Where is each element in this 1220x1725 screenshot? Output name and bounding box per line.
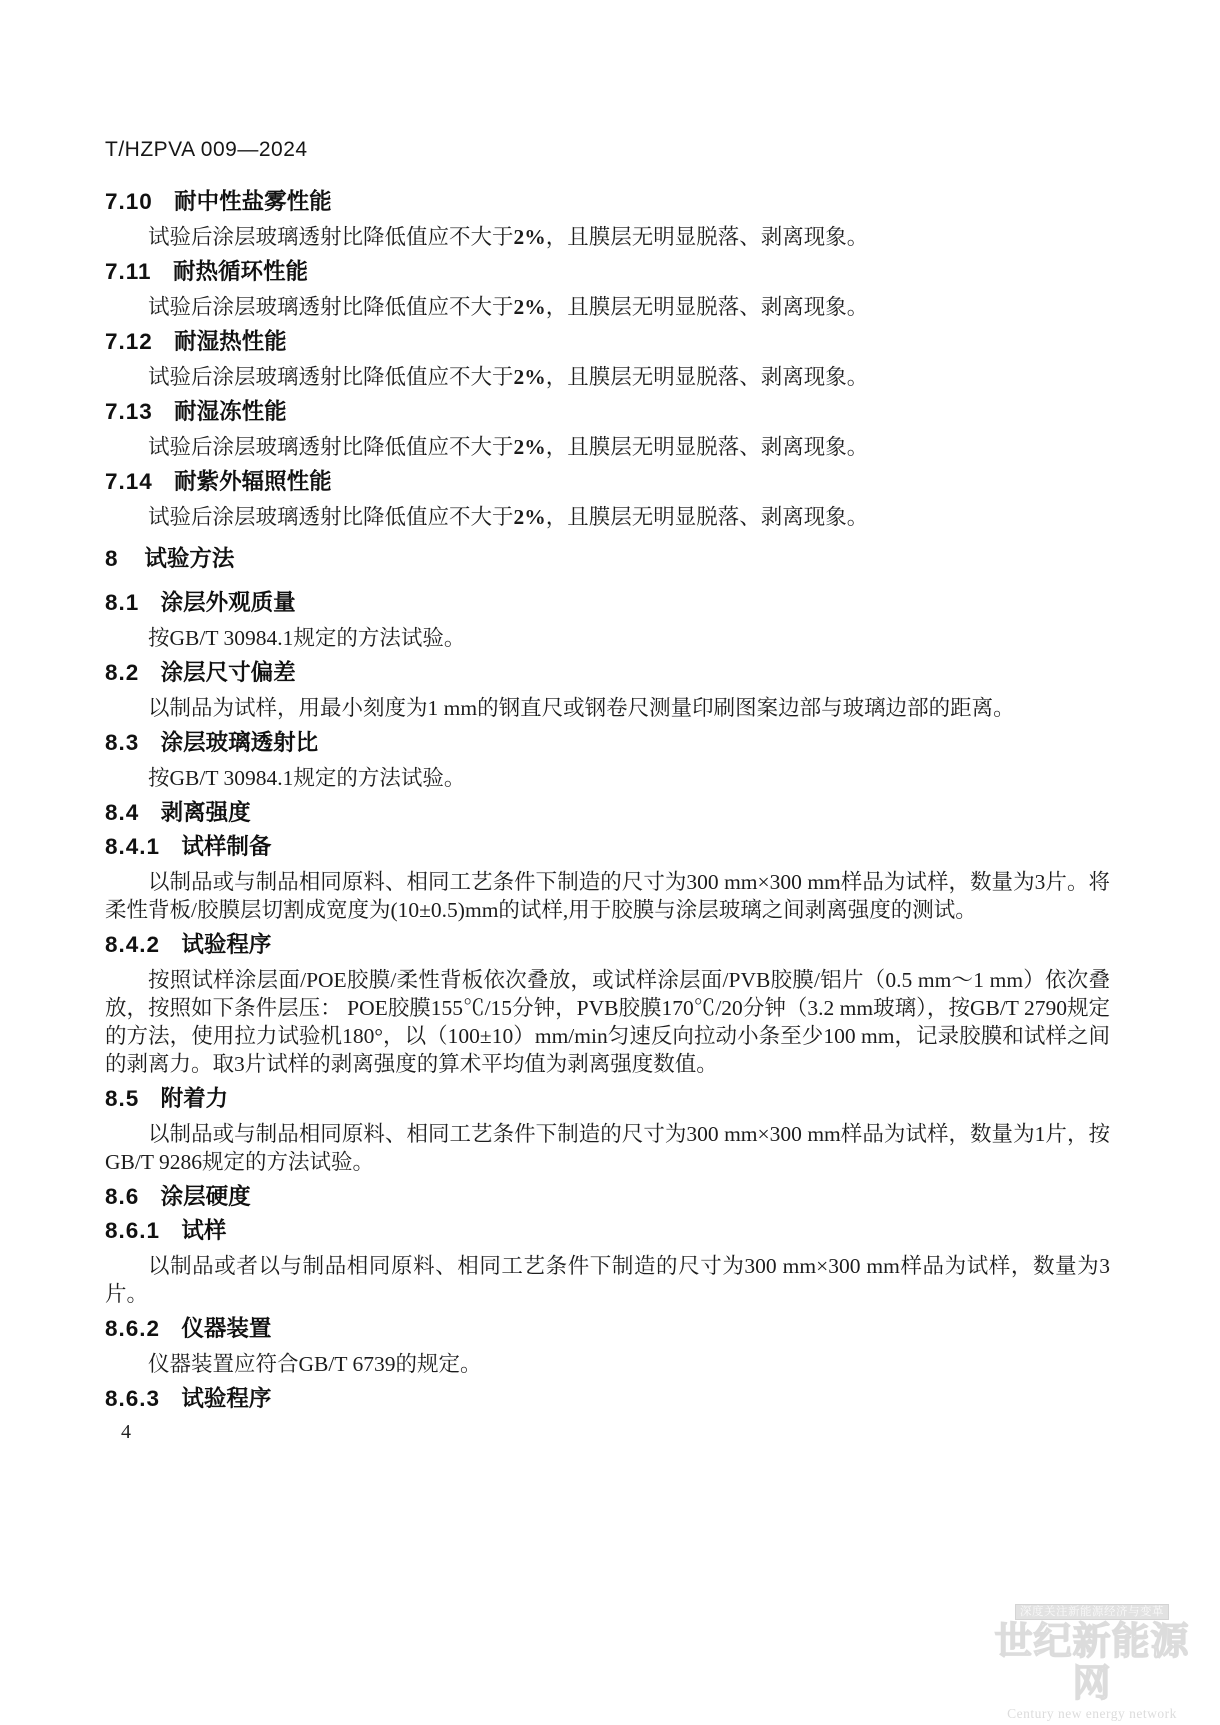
- heading-title: 涂层尺寸偏差: [161, 660, 296, 685]
- paragraph-value: 2%: [514, 365, 546, 389]
- heading-8-6-3: 8.6.3试验程序: [105, 1385, 1110, 1413]
- paragraph-7-14: 试验后涂层玻璃透射比降低值应不大于2%，且膜层无明显脱落、剥离现象。: [105, 503, 1110, 531]
- heading-title: 耐湿冻性能: [174, 399, 287, 424]
- heading-8-3: 8.3涂层玻璃透射比: [105, 729, 1110, 757]
- paragraph-8-4-2: 按照试样涂层面/POE胶膜/柔性背板依次叠放，或试样涂层面/PVB胶膜/铝片（0…: [105, 966, 1110, 1078]
- heading-title: 试验程序: [181, 932, 271, 957]
- paragraph-text: 试验后涂层玻璃透射比降低值应不大于: [148, 505, 514, 529]
- heading-8-1: 8.1涂层外观质量: [105, 589, 1110, 617]
- heading-8: 8试验方法: [105, 545, 1110, 573]
- heading-number: 7.11: [105, 259, 152, 284]
- paragraph-text: 试验后涂层玻璃透射比降低值应不大于: [148, 295, 514, 319]
- paragraph-value: 2%: [514, 295, 546, 319]
- heading-number: 8.1: [105, 590, 139, 615]
- heading-number: 8.6: [105, 1184, 139, 1209]
- paragraph-8-3: 按GB/T 30984.1规定的方法试验。: [105, 764, 1110, 792]
- paragraph-8-5: 以制品或与制品相同原料、相同工艺条件下制造的尺寸为300 mm×300 mm样品…: [105, 1120, 1110, 1176]
- heading-7-11: 7.11耐热循环性能: [105, 258, 1110, 286]
- heading-title: 试样: [181, 1218, 226, 1243]
- paragraph-text: ，且膜层无明显脱落、剥离现象。: [546, 435, 869, 459]
- heading-title: 涂层硬度: [161, 1184, 251, 1209]
- heading-8-6: 8.6涂层硬度: [105, 1183, 1110, 1211]
- heading-7-10: 7.10耐中性盐雾性能: [105, 188, 1110, 216]
- paragraph-text: ，且膜层无明显脱落、剥离现象。: [546, 365, 869, 389]
- paragraph-7-13: 试验后涂层玻璃透射比降低值应不大于2%，且膜层无明显脱落、剥离现象。: [105, 433, 1110, 461]
- heading-title: 仪器装置: [181, 1316, 271, 1341]
- heading-number: 7.13: [105, 399, 153, 424]
- doc-number: T/HZPVA 009—2024: [105, 138, 1110, 162]
- heading-8-4: 8.4剥离强度: [105, 799, 1110, 827]
- heading-number: 8: [105, 546, 119, 571]
- paragraph-text: 试验后涂层玻璃透射比降低值应不大于: [148, 225, 514, 249]
- heading-number: 8.3: [105, 730, 139, 755]
- paragraph-8-6-2: 仪器装置应符合GB/T 6739的规定。: [105, 1350, 1110, 1378]
- heading-number: 7.10: [105, 189, 153, 214]
- paragraph-8-4-1: 以制品或与制品相同原料、相同工艺条件下制造的尺寸为300 mm×300 mm样品…: [105, 868, 1110, 924]
- heading-title: 耐热循环性能: [173, 259, 308, 284]
- heading-8-6-1: 8.6.1试样: [105, 1217, 1110, 1245]
- heading-number: 8.4.2: [105, 932, 160, 957]
- heading-number: 8.4: [105, 800, 139, 825]
- paragraph-7-11: 试验后涂层玻璃透射比降低值应不大于2%，且膜层无明显脱落、剥离现象。: [105, 293, 1110, 321]
- paragraph-8-6-1: 以制品或者以与制品相同原料、相同工艺条件下制造的尺寸为300 mm×300 mm…: [105, 1252, 1110, 1308]
- heading-8-4-2: 8.4.2试验程序: [105, 931, 1110, 959]
- paragraph-8-1: 按GB/T 30984.1规定的方法试验。: [105, 624, 1110, 652]
- heading-8-5: 8.5附着力: [105, 1085, 1110, 1113]
- paragraph-7-10: 试验后涂层玻璃透射比降低值应不大于2%，且膜层无明显脱落、剥离现象。: [105, 223, 1110, 251]
- heading-title: 耐中性盐雾性能: [174, 189, 332, 214]
- heading-8-4-1: 8.4.1试样制备: [105, 833, 1110, 861]
- paragraph-value: 2%: [514, 435, 546, 459]
- document-page: T/HZPVA 009—2024 7.10耐中性盐雾性能 试验后涂层玻璃透射比降…: [0, 0, 1220, 1725]
- heading-number: 8.4.1: [105, 834, 160, 859]
- heading-title: 耐紫外辐照性能: [174, 469, 332, 494]
- paragraph-value: 2%: [514, 505, 546, 529]
- heading-number: 7.14: [105, 469, 153, 494]
- page-number: 4: [105, 1419, 1110, 1445]
- watermark: 深度关注新能源经济与变革 世纪新能源网 Century new energy n…: [976, 1602, 1208, 1721]
- paragraph-text: ，且膜层无明显脱落、剥离现象。: [546, 505, 869, 529]
- paragraph-text: 试验后涂层玻璃透射比降低值应不大于: [148, 435, 514, 459]
- heading-title: 涂层外观质量: [161, 590, 296, 615]
- heading-number: 7.12: [105, 329, 153, 354]
- paragraph-text: ，且膜层无明显脱落、剥离现象。: [546, 225, 869, 249]
- heading-title: 耐湿热性能: [174, 329, 287, 354]
- paragraph-7-12: 试验后涂层玻璃透射比降低值应不大于2%，且膜层无明显脱落、剥离现象。: [105, 363, 1110, 391]
- heading-title: 试样制备: [181, 834, 271, 859]
- paragraph-text: ，且膜层无明显脱落、剥离现象。: [546, 295, 869, 319]
- watermark-title: 世纪新能源网: [976, 1621, 1208, 1705]
- heading-number: 8.6.1: [105, 1218, 160, 1243]
- heading-title: 剥离强度: [161, 800, 251, 825]
- watermark-subtitle: Century new energy network: [976, 1706, 1208, 1721]
- heading-title: 附着力: [161, 1086, 229, 1111]
- paragraph-value: 2%: [514, 225, 546, 249]
- heading-number: 8.2: [105, 660, 139, 685]
- heading-8-6-2: 8.6.2仪器装置: [105, 1315, 1110, 1343]
- heading-number: 8.6.3: [105, 1386, 160, 1411]
- heading-7-13: 7.13耐湿冻性能: [105, 398, 1110, 426]
- heading-title: 试验程序: [181, 1386, 271, 1411]
- paragraph-8-2: 以制品为试样，用最小刻度为1 mm的钢直尺或钢卷尺测量印刷图案边部与玻璃边部的距…: [105, 694, 1110, 722]
- heading-7-14: 7.14耐紫外辐照性能: [105, 468, 1110, 496]
- paragraph-text: 试验后涂层玻璃透射比降低值应不大于: [148, 365, 514, 389]
- heading-8-2: 8.2涂层尺寸偏差: [105, 659, 1110, 687]
- heading-title: 涂层玻璃透射比: [161, 730, 319, 755]
- heading-title: 试验方法: [144, 546, 234, 571]
- heading-number: 8.5: [105, 1086, 139, 1111]
- heading-number: 8.6.2: [105, 1316, 160, 1341]
- heading-7-12: 7.12耐湿热性能: [105, 328, 1110, 356]
- watermark-tagline: 深度关注新能源经济与变革: [1015, 1604, 1169, 1620]
